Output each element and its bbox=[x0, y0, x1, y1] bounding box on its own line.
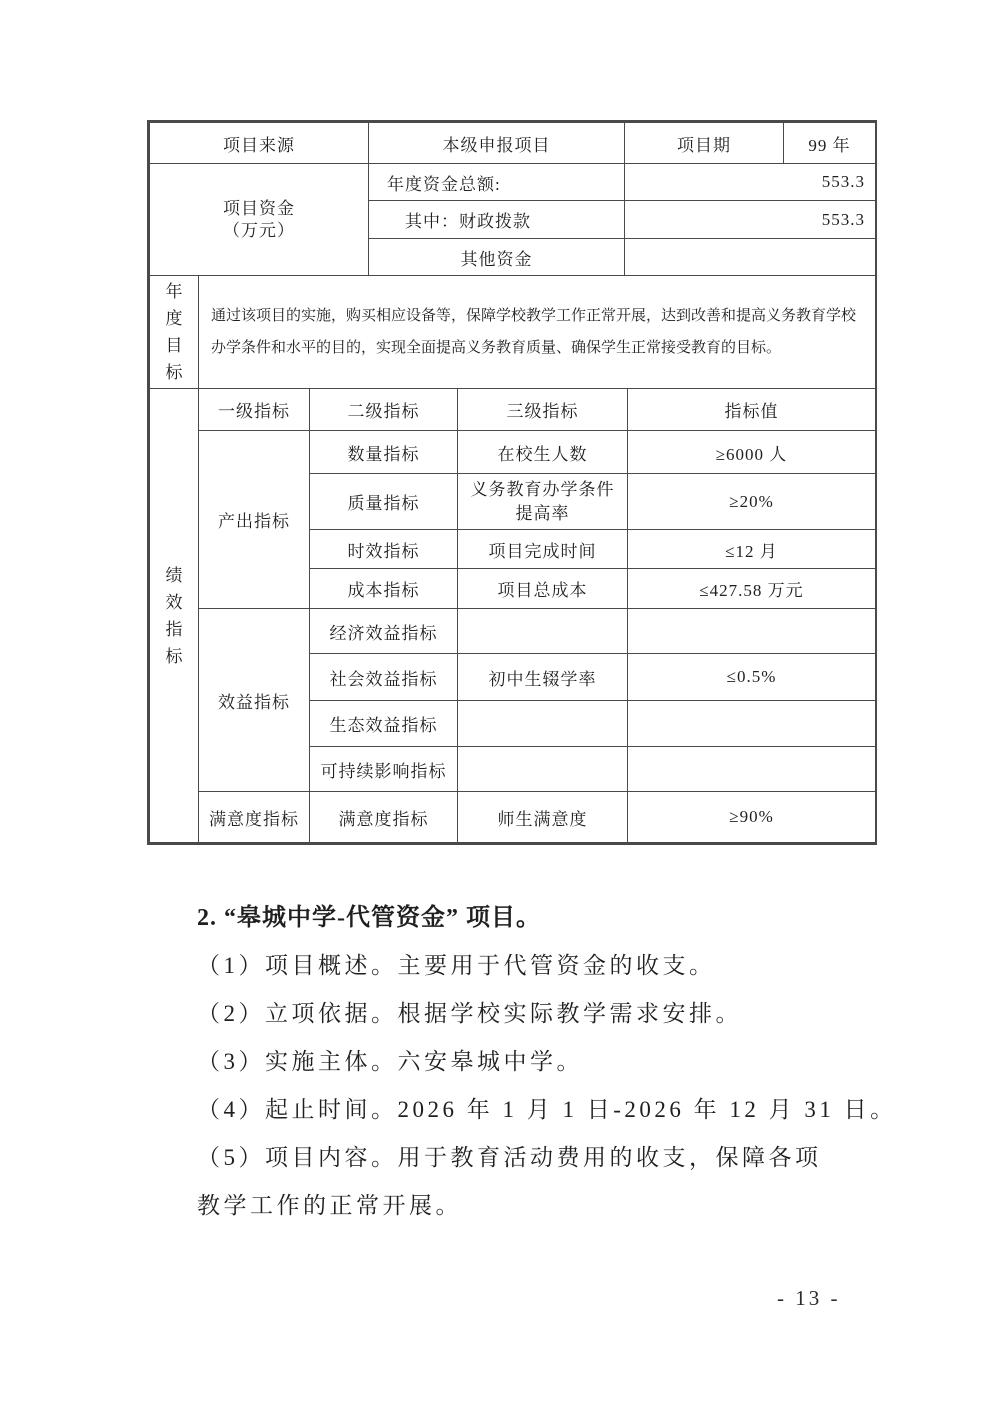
benefit-group-label: 效益指标 bbox=[199, 609, 310, 792]
cost-indicator-item: 项目总成本 bbox=[458, 569, 628, 609]
table-part-funding: 项目来源 本级申报项目 项目期 99 年 项目资金 （万元） 年度资金总额: 5… bbox=[149, 122, 876, 276]
header-level2: 二级指标 bbox=[310, 389, 458, 431]
section-2: 2. “皋城中学-代管资金” 项目。 （1）项目概述。主要用于代管资金的收支。 … bbox=[197, 894, 877, 1230]
paragraph-line: 教学工作的正常开展。 bbox=[197, 1182, 877, 1230]
timeliness-indicator-item: 项目完成时间 bbox=[458, 530, 628, 569]
social-benefit-item: 初中生辍学率 bbox=[458, 654, 628, 701]
table-part-indicators: 绩效指标 一级指标 二级指标 三级指标 指标值 产出指标 数量指标 在校生人数 … bbox=[149, 388, 876, 843]
sustainability-indicator-value bbox=[628, 747, 876, 792]
header-level3: 三级指标 bbox=[458, 389, 628, 431]
paragraph-line: （5）项目内容。用于教育活动费用的收支，保障各项 bbox=[197, 1134, 877, 1182]
timeliness-indicator-value: ≤12 月 bbox=[628, 530, 876, 569]
header-level1: 一级指标 bbox=[199, 389, 310, 431]
project-source-value: 本级申报项目 bbox=[369, 123, 625, 164]
ecological-benefit-item bbox=[458, 701, 628, 747]
header-value: 指标值 bbox=[628, 389, 876, 431]
ecological-benefit-label: 生态效益指标 bbox=[310, 701, 458, 747]
satisfaction-indicator-item: 师生满意度 bbox=[458, 792, 628, 843]
project-period-label: 项目期 bbox=[625, 123, 784, 164]
table-row: 绩效指标 一级指标 二级指标 三级指标 指标值 bbox=[150, 389, 876, 431]
social-benefit-value: ≤0.5% bbox=[628, 654, 876, 701]
table-row: 年度目标 通过该项目的实施，购买相应设备等，保障学校教学工作正常开展，达到改善和… bbox=[150, 276, 876, 389]
quality-indicator-item: 义务教育办学条件提高率 bbox=[458, 474, 628, 530]
economic-benefit-value bbox=[628, 609, 876, 654]
table-row: 产出指标 数量指标 在校生人数 ≥6000 人 bbox=[150, 431, 876, 474]
fiscal-allocation-value: 553.3 bbox=[625, 201, 876, 239]
paragraph-line: （2）立项依据。根据学校实际教学需求安排。 bbox=[197, 990, 877, 1038]
annual-total-value: 553.3 bbox=[625, 164, 876, 201]
sustainability-indicator-item bbox=[458, 747, 628, 792]
social-benefit-label: 社会效益指标 bbox=[310, 654, 458, 701]
project-period-value: 99 年 bbox=[784, 123, 876, 164]
project-summary-table: 项目来源 本级申报项目 项目期 99 年 项目资金 （万元） 年度资金总额: 5… bbox=[147, 120, 877, 845]
paragraph-line: （3）实施主体。六安皋城中学。 bbox=[197, 1038, 877, 1086]
indicators-vertical-text: 绩效指标 bbox=[165, 562, 183, 670]
output-group-label: 产出指标 bbox=[199, 431, 310, 609]
quality-indicator-label: 质量指标 bbox=[310, 474, 458, 530]
annual-goal-side-label: 年度目标 bbox=[150, 276, 199, 389]
project-source-label: 项目来源 bbox=[150, 123, 369, 164]
funding-label-line2: （万元） bbox=[154, 220, 364, 242]
paragraph-line: （1）项目概述。主要用于代管资金的收支。 bbox=[197, 942, 877, 990]
fiscal-allocation-label: 其中：财政拨款 bbox=[369, 201, 625, 239]
document-page: 项目来源 本级申报项目 项目期 99 年 项目资金 （万元） 年度资金总额: 5… bbox=[0, 0, 1003, 1418]
quality-indicator-value: ≥20% bbox=[628, 474, 876, 530]
satisfaction-indicator-label: 满意度指标 bbox=[310, 792, 458, 843]
economic-benefit-item bbox=[458, 609, 628, 654]
table-row: 满意度指标 满意度指标 师生满意度 ≥90% bbox=[150, 792, 876, 843]
page-number: - 13 - bbox=[777, 1286, 841, 1311]
other-funds-label: 其他资金 bbox=[369, 239, 625, 276]
annual-goal-vertical-text: 年度目标 bbox=[165, 278, 183, 386]
table-row: 效益指标 经济效益指标 bbox=[150, 609, 876, 654]
funding-label-line1: 项目资金 bbox=[154, 198, 364, 220]
indicators-side-label: 绩效指标 bbox=[150, 389, 199, 843]
other-funds-value bbox=[625, 239, 876, 276]
satisfaction-indicator-value: ≥90% bbox=[628, 792, 876, 843]
quantity-indicator-label: 数量指标 bbox=[310, 431, 458, 474]
timeliness-indicator-label: 时效指标 bbox=[310, 530, 458, 569]
quantity-indicator-item: 在校生人数 bbox=[458, 431, 628, 474]
satisfaction-group-label: 满意度指标 bbox=[199, 792, 310, 843]
sustainability-indicator-label: 可持续影响指标 bbox=[310, 747, 458, 792]
section-heading: 2. “皋城中学-代管资金” 项目。 bbox=[197, 894, 877, 942]
annual-total-label: 年度资金总额: bbox=[369, 164, 625, 201]
cost-indicator-value: ≤427.58 万元 bbox=[628, 569, 876, 609]
table-row: 项目资金 （万元） 年度资金总额: 553.3 bbox=[150, 164, 876, 201]
funding-row-label: 项目资金 （万元） bbox=[150, 164, 369, 276]
quantity-indicator-value: ≥6000 人 bbox=[628, 431, 876, 474]
paragraph-line: （4）起止时间。2026 年 1 月 1 日-2026 年 12 月 31 日。 bbox=[197, 1086, 877, 1134]
annual-goal-text: 通过该项目的实施，购买相应设备等，保障学校教学工作正常开展，达到改善和提高义务教… bbox=[199, 276, 876, 389]
table-row: 项目来源 本级申报项目 项目期 99 年 bbox=[150, 123, 876, 164]
ecological-benefit-value bbox=[628, 701, 876, 747]
cost-indicator-label: 成本指标 bbox=[310, 569, 458, 609]
table-part-annual-goal: 年度目标 通过该项目的实施，购买相应设备等，保障学校教学工作正常开展，达到改善和… bbox=[149, 275, 876, 389]
economic-benefit-label: 经济效益指标 bbox=[310, 609, 458, 654]
